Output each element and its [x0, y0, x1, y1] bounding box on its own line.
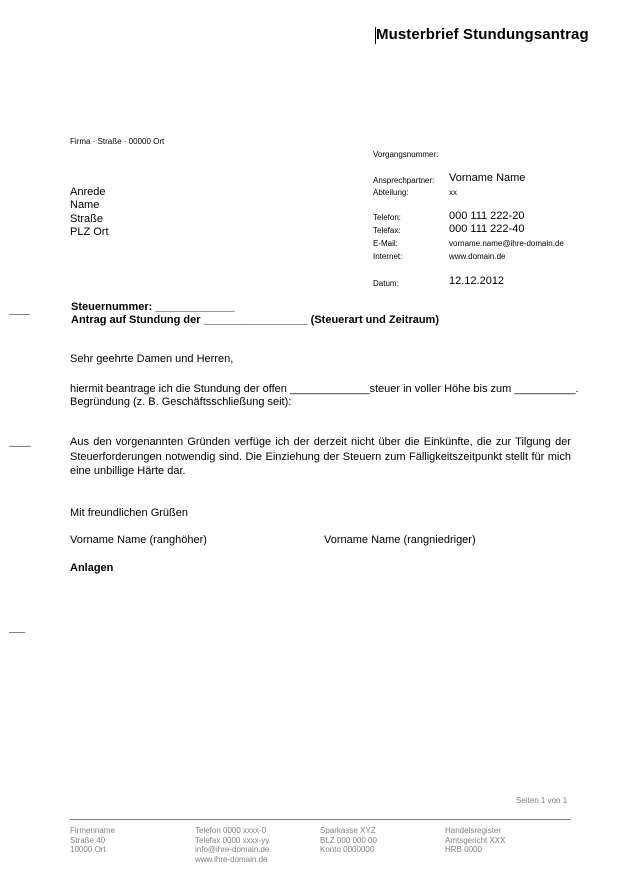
footer-blz: BLZ 000 000 00: [320, 836, 377, 846]
internet-label: Internet:: [373, 252, 402, 261]
punch-mark: [9, 446, 31, 447]
reason-line[interactable]: Begründung (z. B. Geschäftsschließung se…: [70, 396, 291, 408]
footer-register-label: Handelsregister: [445, 826, 505, 836]
email-value[interactable]: vorname.name@ihre-domain.de: [449, 239, 564, 248]
email-label: E-Mail:: [373, 239, 398, 248]
request-sentence[interactable]: hiermit beantrage ich die Stundung der o…: [70, 383, 579, 395]
footer-company-name: Firmenname: [70, 826, 115, 836]
footer-divider: [70, 819, 571, 820]
footer-bank-name: Sparkasse XYZ: [320, 826, 377, 836]
vorgang-label: Vorgangsnummer:: [373, 150, 438, 159]
footer-bank: Sparkasse XYZ BLZ 000 000 00 Konto 00000…: [320, 826, 377, 855]
ansprech-value[interactable]: Vorname Name: [449, 172, 525, 184]
telefon-value[interactable]: 000 111 222-20: [449, 210, 524, 222]
recipient-address[interactable]: Anrede Name Straße PLZ Ort: [70, 186, 109, 239]
internet-value[interactable]: www.domain.de: [449, 252, 505, 261]
telefax-value[interactable]: 000 111 222-40: [449, 223, 524, 235]
subject-request[interactable]: Antrag auf Stundung der ________________…: [71, 314, 439, 326]
recipient-name: Name: [70, 199, 109, 212]
signature-senior[interactable]: Vorname Name (ranghöher): [70, 534, 207, 546]
footer-court: Amtsgericht XXX: [445, 836, 505, 846]
hardship-paragraph[interactable]: Aus den vorgenannten Gründen verfüge ich…: [70, 435, 571, 479]
datum-value[interactable]: 12.12.2012: [449, 275, 504, 287]
fold-mark-bottom: [9, 632, 25, 633]
recipient-anrede: Anrede: [70, 186, 109, 199]
ansprech-label: Ansprechpartner:: [373, 176, 434, 185]
footer-company-city: 10000 Ort: [70, 845, 115, 855]
telefax-label: Telefax:: [373, 226, 401, 235]
fold-mark-top: [9, 314, 30, 315]
footer-phone: Telefon 0000 xxxx-0: [195, 826, 269, 836]
closing[interactable]: Mit freundlichen Grüßen: [70, 507, 188, 519]
footer-company: Firmenname Straße 40 10000 Ort: [70, 826, 115, 855]
telefon-label: Telefon:: [373, 213, 401, 222]
page-number: Seiten 1 von 1: [516, 796, 567, 805]
footer-website: www.ihre-domain.de: [195, 855, 269, 865]
recipient-street: Straße: [70, 213, 109, 226]
signature-junior[interactable]: Vorname Name (rangniedriger): [324, 534, 476, 546]
datum-label: Datum:: [373, 279, 399, 288]
footer-register: Handelsregister Amtsgericht XXX HRB 0000: [445, 826, 505, 855]
document-title[interactable]: Musterbrief Stundungsantrag: [376, 26, 589, 43]
salutation[interactable]: Sehr geehrte Damen und Herren,: [70, 353, 233, 365]
recipient-city: PLZ Ort: [70, 226, 109, 239]
footer-hrb: HRB 0000: [445, 845, 505, 855]
footer-fax: Telefax 0000 xxxx-yy: [195, 836, 269, 846]
abteilung-value[interactable]: xx: [449, 188, 457, 197]
footer-account: Konto 0000000: [320, 845, 377, 855]
footer-company-street: Straße 40: [70, 836, 115, 846]
abteilung-label: Abteilung:: [373, 188, 409, 197]
subject-tax-number[interactable]: Steuernummer: _____________: [71, 301, 235, 313]
footer-email: info@ihre-domain.de: [195, 845, 269, 855]
footer-contact: Telefon 0000 xxxx-0 Telefax 0000 xxxx-yy…: [195, 826, 269, 864]
sender-line[interactable]: Firma · Straße · 00000 Ort: [70, 137, 164, 146]
attachments-heading[interactable]: Anlagen: [70, 562, 113, 574]
